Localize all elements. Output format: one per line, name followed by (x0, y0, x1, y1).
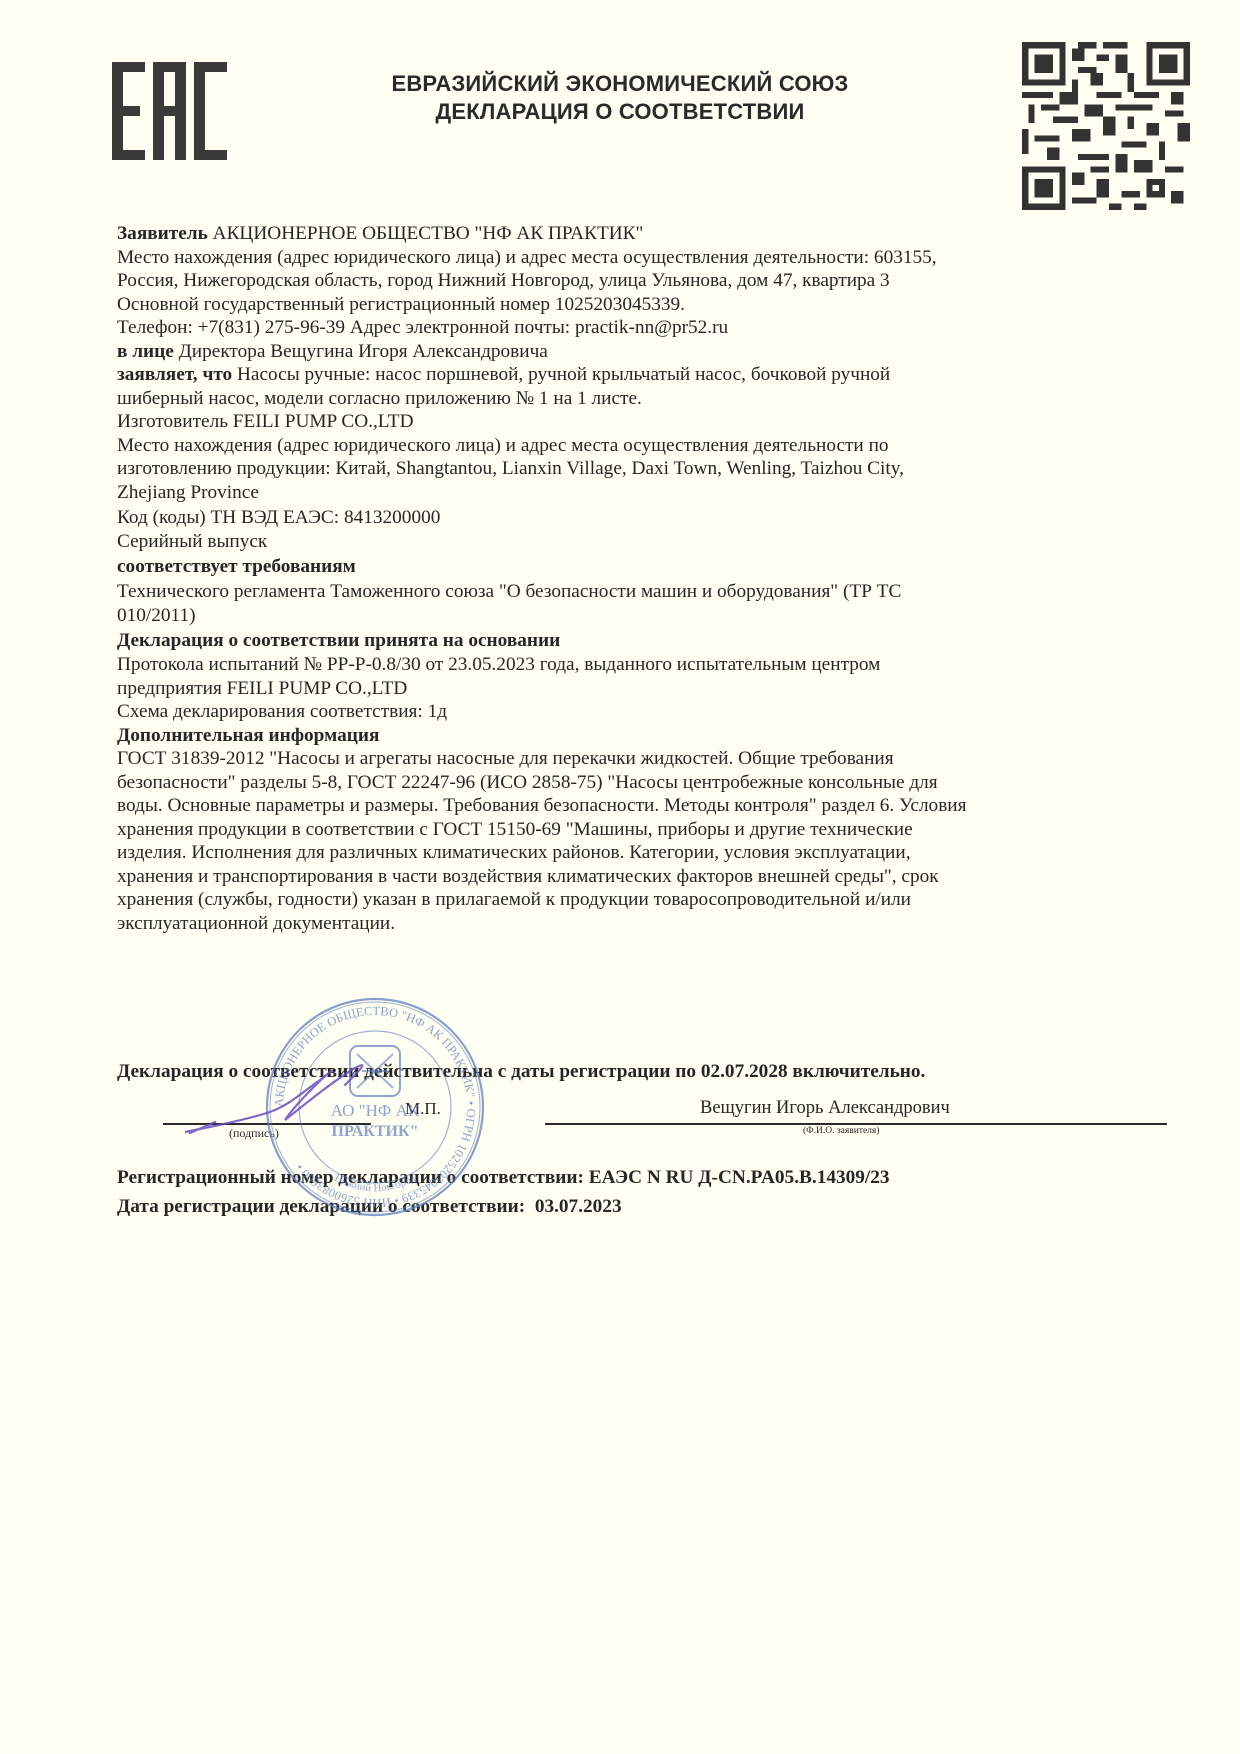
applicant-contacts: Телефон: +7(831) 275-96-39 Адрес электро… (117, 316, 728, 340)
manufacturer-address-1: Место нахождения (адрес юридического лиц… (117, 434, 889, 458)
manufacturer-address-3: Zhejiang Province (117, 481, 259, 505)
basis-label: Декларация о соответствии принята на осн… (117, 629, 560, 653)
additional-line: хранения продукции в соответствии с ГОСТ… (117, 818, 913, 842)
registration-date: Дата регистрации декларации о соответств… (117, 1195, 622, 1219)
additional-line: хранения и транспортирования в части воз… (117, 865, 939, 889)
basis-line-2: предприятия FEILI PUMP CO.,LTD (117, 677, 407, 701)
signer-name-line (545, 1123, 1167, 1125)
additional-line: изделия. Исполнения для различных климат… (117, 841, 911, 865)
basis-line-1: Протокола испытаний № PP-P-0.8/30 от 23.… (117, 653, 880, 677)
additional-line: эксплуатационной документации. (117, 912, 395, 936)
eac-mark-icon (112, 62, 227, 160)
complies-line-1: Технического регламента Таможенного союз… (117, 580, 901, 604)
signer-caption: (Ф.И.О. заявителя) (803, 1126, 879, 1136)
complies-label: соответствует требованиям (117, 555, 356, 579)
additional-line: ГОСТ 31839-2012 "Насосы и агрегаты насос… (117, 747, 894, 771)
registration-number: Регистрационный номер декларации о соотв… (117, 1166, 890, 1190)
declares-line-2: шиберный насос, модели согласно приложен… (117, 387, 642, 411)
declaration-scheme: Схема декларирования соответствия: 1д (117, 700, 447, 724)
signature-caption: (подпись) (229, 1126, 279, 1141)
svg-text:ПРАКТИК": ПРАКТИК" (332, 1123, 419, 1140)
qr-code-icon[interactable] (1016, 36, 1196, 216)
additional-label: Дополнительная информация (117, 724, 379, 748)
declares-line-1: заявляет, что Насосы ручные: насос поршн… (117, 363, 890, 387)
production-type: Серийный выпуск (117, 530, 267, 554)
signer-name: Вещугин Игорь Александрович (700, 1097, 950, 1121)
applicant-line: Заявитель АКЦИОНЕРНОЕ ОБЩЕСТВО "НФ АК ПР… (117, 222, 643, 246)
applicant-ogrn: Основной государственный регистрационный… (117, 293, 685, 317)
signature-line (163, 1123, 371, 1125)
manufacturer-line: Изготовитель FEILI PUMP CO.,LTD (117, 410, 414, 434)
additional-line: воды. Основные параметры и размеры. Треб… (117, 794, 967, 818)
tn-ved-code: Код (коды) ТН ВЭД ЕАЭС: 8413200000 (117, 506, 440, 530)
header-title: ДЕКЛАРАЦИЯ О СООТВЕТСТВИИ (340, 98, 900, 126)
header-union: ЕВРАЗИЙСКИЙ ЭКОНОМИЧЕСКИЙ СОЮЗ (340, 70, 900, 98)
applicant-representative: в лице Директора Вещугина Игоря Александ… (117, 340, 548, 364)
applicant-address-2: Россия, Нижегородская область, город Ниж… (117, 269, 890, 293)
additional-line: хранения (службы, годности) указан в при… (117, 888, 911, 912)
manufacturer-address-2: изготовлению продукции: Китай, Shangtant… (117, 457, 904, 481)
validity-statement: Декларация о соответствии действительна … (117, 1060, 925, 1084)
applicant-address-1: Место нахождения (адрес юридического лиц… (117, 246, 937, 270)
additional-line: безопасности" разделы 5-8, ГОСТ 22247-96… (117, 771, 938, 795)
document-header: ЕВРАЗИЙСКИЙ ЭКОНОМИЧЕСКИЙ СОЮЗ ДЕКЛАРАЦИ… (340, 70, 900, 126)
complies-line-2: 010/2011) (117, 604, 196, 628)
stamp-placeholder-label: М.П. (405, 1097, 441, 1121)
